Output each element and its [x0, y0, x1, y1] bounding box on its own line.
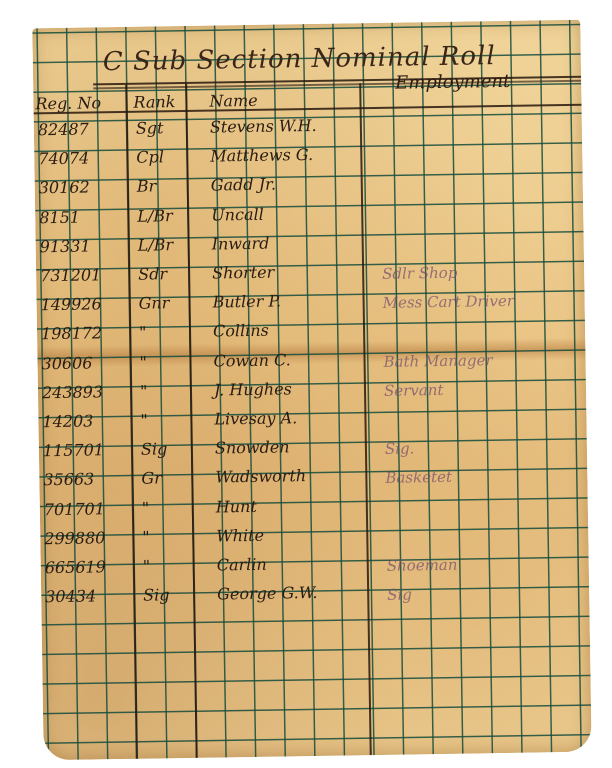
- name-cell: Wadsworth: [215, 466, 306, 486]
- rank-cell: ": [143, 557, 151, 576]
- header-reg-no: Reg. No: [35, 93, 101, 113]
- name-cell: Matthews G.: [210, 145, 313, 166]
- rank-cell: ": [142, 527, 150, 546]
- reg-number-cell: 91331: [40, 236, 91, 256]
- name-cell: Shorter: [212, 263, 274, 283]
- name-cell: Hunt: [216, 496, 257, 516]
- name-cell: Stevens W.H.: [210, 116, 317, 137]
- name-cell: Gadd Jr.: [211, 175, 277, 195]
- name-cell: George G.W.: [217, 583, 318, 604]
- name-cell: Cowan C.: [213, 350, 291, 370]
- employment-cell: Sig.: [385, 440, 415, 458]
- employment-cell: Bath Manager: [383, 351, 492, 371]
- name-cell: Butler P.: [212, 292, 281, 312]
- reg-number-cell: 30606: [41, 353, 92, 373]
- name-cell: Livesay A.: [214, 408, 297, 428]
- reg-number-cell: 35663: [43, 470, 94, 490]
- employment-cell: Servant: [384, 381, 444, 400]
- rank-cell: Br: [137, 177, 157, 196]
- reg-number-cell: 665619: [45, 557, 106, 577]
- reg-number-cell: 30162: [39, 178, 90, 198]
- employment-cell: Basketet: [385, 468, 452, 487]
- rank-cell: L/Br: [138, 235, 174, 255]
- reg-number-cell: 149926: [40, 294, 101, 314]
- employment-cell: Shoeman: [387, 556, 458, 575]
- name-cell: Uncall: [211, 204, 264, 224]
- rank-cell: Cpl: [136, 147, 164, 166]
- reg-number-cell: 8151: [39, 207, 80, 227]
- employment-cell: Sig: [387, 586, 412, 604]
- rank-cell: Sig: [143, 585, 170, 604]
- employment-cell: Sdlr Shop: [382, 264, 457, 283]
- rank-cell: Sig: [141, 439, 168, 458]
- name-cell: White: [216, 526, 264, 546]
- reg-number-cell: 243893: [42, 382, 103, 402]
- rank-cell: L/Br: [137, 206, 173, 226]
- reg-number-cell: 74074: [38, 149, 89, 169]
- header-employment: Employment: [395, 71, 510, 94]
- reg-number-cell: 30434: [45, 587, 96, 607]
- reg-number-cell: 82487: [38, 119, 89, 139]
- name-cell: Collins: [213, 321, 269, 341]
- name-cell: Snowden: [215, 438, 290, 458]
- name-cell: Carlin: [217, 555, 267, 575]
- reg-number-cell: 115701: [43, 440, 104, 460]
- header-rank: Rank: [133, 92, 175, 112]
- nominal-roll-sheet: C Sub Section Nominal Roll Reg. No Rank …: [32, 20, 591, 761]
- employment-cell: Mess Cart Driver: [383, 292, 515, 312]
- rank-cell: Gr: [141, 469, 162, 488]
- rank-cell: Gnr: [138, 293, 169, 312]
- rank-cell: ": [139, 352, 147, 371]
- rank-cell: ": [142, 498, 150, 517]
- rank-cell: Sdr: [138, 264, 167, 283]
- header-name: Name: [209, 91, 257, 111]
- reg-number-cell: 731201: [40, 265, 101, 285]
- reg-number-cell: 14203: [42, 411, 93, 431]
- name-cell: Inward: [212, 233, 270, 253]
- reg-number-cell: 701701: [44, 499, 105, 519]
- rank-cell: ": [139, 323, 147, 342]
- name-cell: J. Hughes: [214, 379, 292, 399]
- rank-cell: ": [140, 411, 148, 430]
- rank-cell: Sgt: [136, 118, 164, 137]
- reg-number-cell: 299880: [44, 528, 105, 548]
- rank-cell: ": [140, 381, 148, 400]
- reg-number-cell: 198172: [41, 324, 102, 344]
